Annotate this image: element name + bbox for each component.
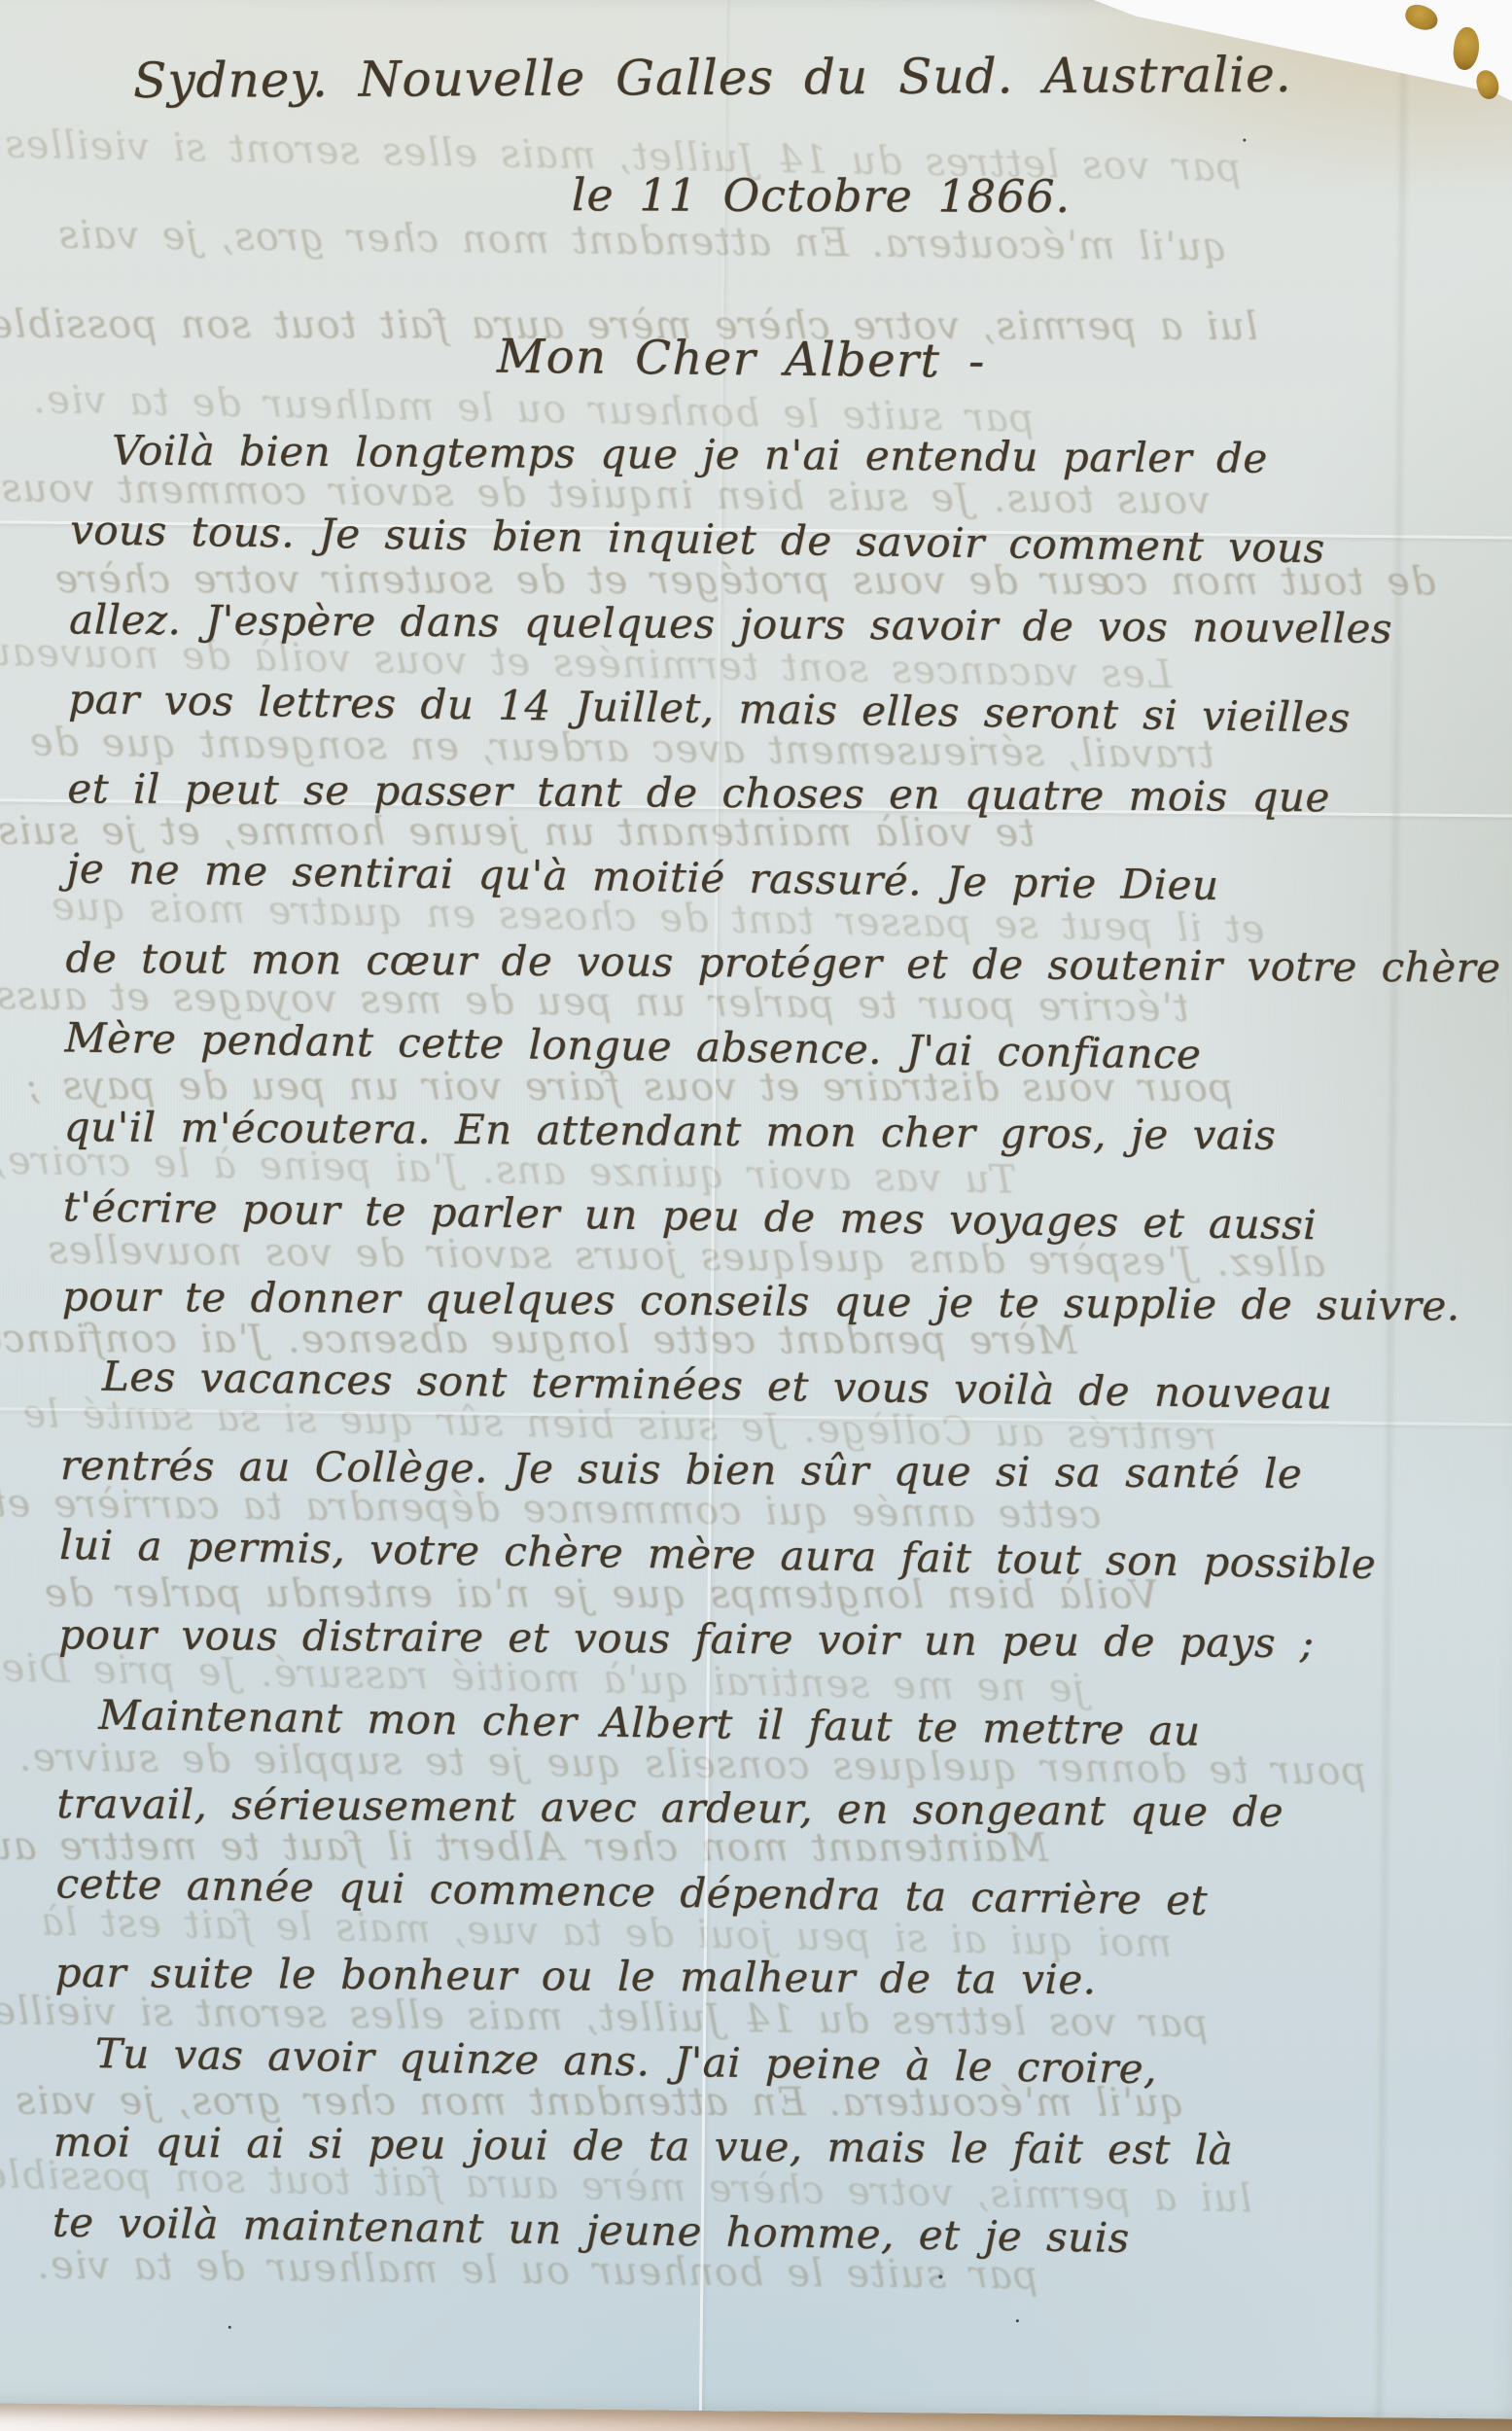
letter-line: Tu vas avoir quinze ans. J'ai peine à le… <box>94 2033 1157 2090</box>
letter-line: te voilà maintenant un jeune homme, et j… <box>53 2202 1130 2258</box>
letter-heading: Sydney. Nouvelle Galles du Sud. Australi… <box>133 51 1292 105</box>
letter-line: de tout mon cœur de vous protéger et de … <box>65 938 1500 989</box>
letter-line: vous tous. Je suis bien inquiet de savoi… <box>70 510 1325 569</box>
letter-line: travail, sérieusement avec ardeur, en so… <box>56 1783 1283 1833</box>
photographed-letter-scene: par vos lettres du 14 Juillet, mais elle… <box>0 0 1512 2431</box>
letter-line: par suite le bonheur ou le malheur de ta… <box>54 1953 1096 2000</box>
letter-line: Les vacances sont terminées et vous voil… <box>102 1356 1333 1416</box>
ink-speck <box>1016 2319 1019 2322</box>
letter-line: cette année qui commence dépendra ta car… <box>55 1863 1208 1921</box>
letter-line: pour vous distraire et vous faire voir u… <box>58 1614 1315 1664</box>
handwriting-layer: Sydney. Nouvelle Galles du Sud. Australi… <box>0 0 1512 2419</box>
letter-line: allez. J'espère dans quelques jours savo… <box>69 599 1392 649</box>
letter-line: rentrés au Collège. Je suis bien sûr que… <box>60 1445 1303 1495</box>
letter-salutation: Mon Cher Albert - <box>497 334 986 385</box>
letter-date: le 11 Octobre 1866. <box>572 172 1072 219</box>
letter-line: Voilà bien longtemps que je n'ai entendu… <box>112 430 1268 478</box>
letter-line: Mère pendant cette longue absence. J'ai … <box>64 1017 1201 1075</box>
ink-speck <box>229 2326 231 2329</box>
letter-line: qu'il m'écoutera. En attendant mon cher … <box>64 1107 1277 1156</box>
letter-line: t'écrire pour te parler un peu de mes vo… <box>63 1186 1318 1246</box>
letter-line: moi qui ai si peu joui de ta vue, mais l… <box>53 2122 1234 2170</box>
letter-line: Maintenant mon cher Albert il faut te me… <box>98 1695 1201 1752</box>
letter-line: je ne me sentirai qu'à moitié rassuré. J… <box>66 848 1219 906</box>
letter-line: par vos lettres du 14 Juillet, mais elle… <box>68 679 1351 739</box>
letter-line: et il peut se passer tant de choses en q… <box>67 768 1330 818</box>
ink-speck <box>938 2274 942 2278</box>
ink-speck <box>1243 139 1246 142</box>
letter-paper: par vos lettres du 14 Juillet, mais elle… <box>0 0 1512 2419</box>
letter-line: lui a permis, votre chère mère aura fait… <box>59 1525 1377 1585</box>
letter-line: pour te donner quelques conseils que je … <box>62 1276 1460 1326</box>
